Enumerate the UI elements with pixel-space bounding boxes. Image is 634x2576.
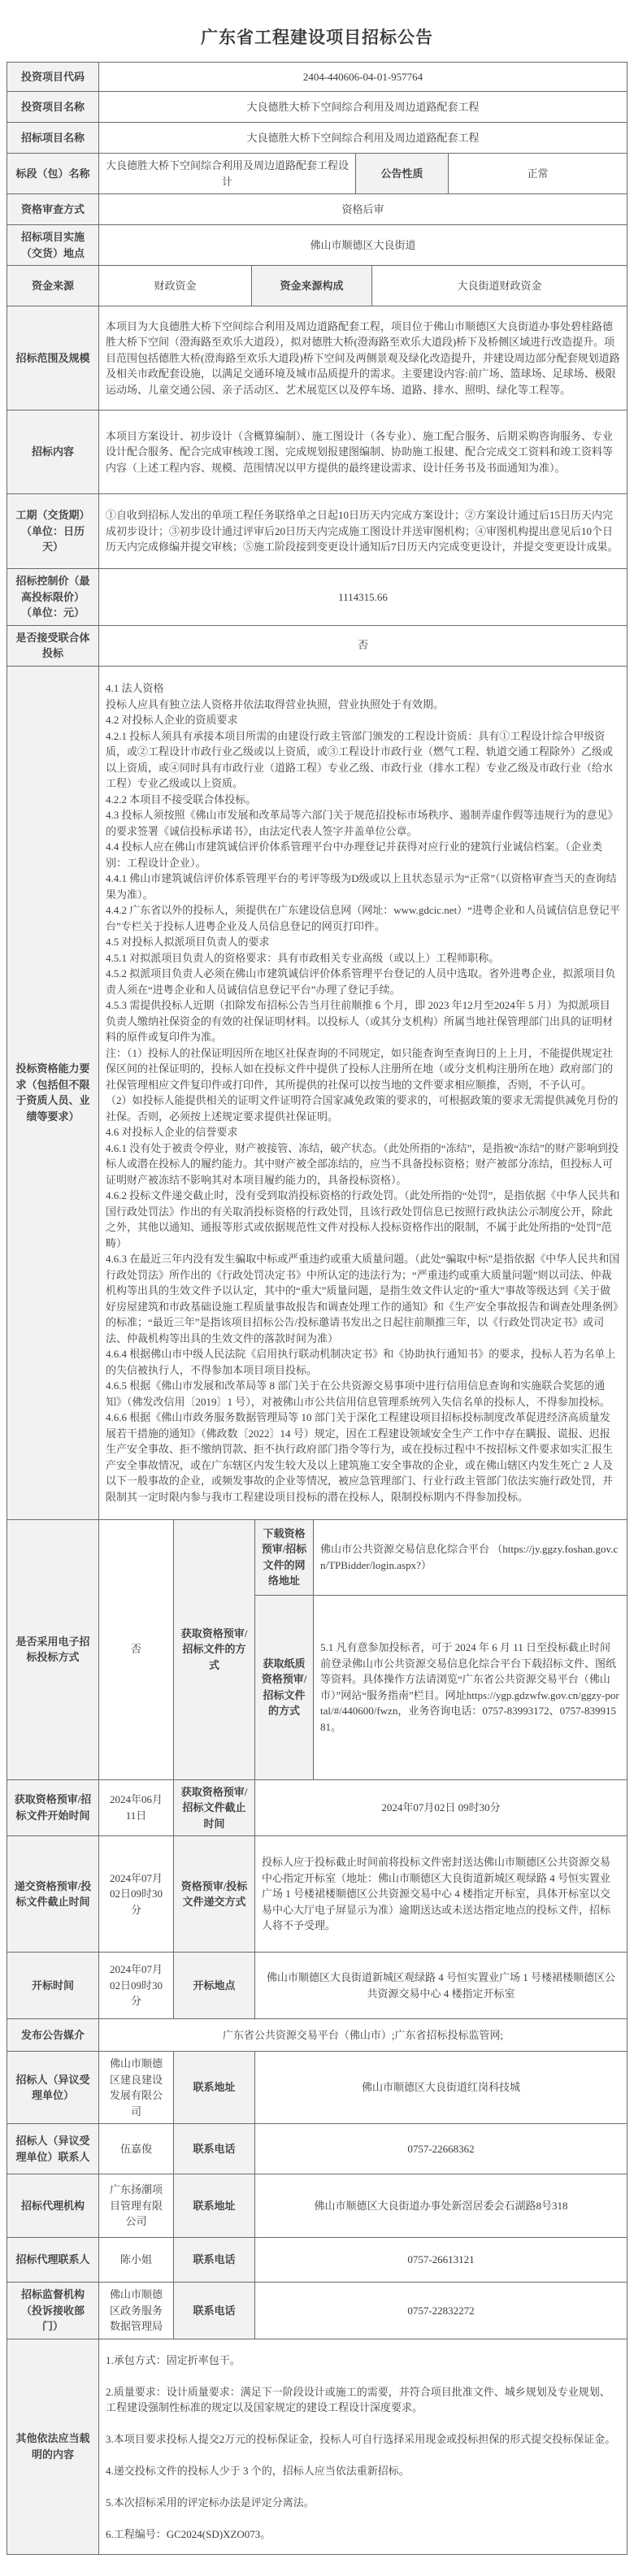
- project-code-value: 2404-440606-04-01-957764: [99, 63, 627, 92]
- download-address-value: 佛山市公共资源交易信息化综合平台 （https://jy.ggzy.foshan…: [314, 1520, 627, 1596]
- funding-comp-label: 资金来源构成: [252, 266, 372, 306]
- qualification-requirements-label: 投标资格能力要求（包括但不限于资质人员、业绩等要求）: [7, 667, 99, 1520]
- scope-value: 本项目为大良德胜大桥下空间综合利用及周边道路配套工程，项目位于佛山市顺德区大良街…: [99, 306, 627, 411]
- row-other-content: 其他依法应当载明的内容 1.承包方式：固定折率包干。 2.质量要求：设计质量要求…: [7, 2339, 627, 2555]
- duration-label: 工期（交货期）（单位：日历天）: [7, 494, 99, 569]
- tender-name-value: 大良德胜大桥下空间综合利用及周边道路配套工程: [99, 123, 627, 154]
- electronic-bidding-label: 是否采用电子招标投标方式: [7, 1520, 99, 1780]
- tender-announcement-table: 投资项目代码 2404-440606-04-01-957764 投资项目名称 大…: [7, 62, 627, 2555]
- row-bidder: 招标人（异议受理单位） 佛山市顺德区建良建设发展有限公司 联系地址 佛山市顺德区…: [7, 2052, 627, 2124]
- row-qualification-requirements: 投标资格能力要求（包括但不限于资质人员、业绩等要求） 4.1 法人资格 投标人应…: [7, 667, 627, 1520]
- project-code-label: 投资项目代码: [7, 63, 99, 92]
- media-value: 广东省公共资源交易平台（佛山市）;广东省招标投标监管网;: [99, 2019, 627, 2052]
- agency-phone-value: 0757-26613121: [255, 2238, 627, 2283]
- row-agency-contact: 招标代理联系人 陈小姐 联系电话 0757-26613121: [7, 2238, 627, 2283]
- get-documents-method-label: 获取资格预审/招标文件的方式: [174, 1520, 255, 1780]
- agency-phone-label: 联系电话: [174, 2238, 255, 2283]
- bid-opening-time-label: 开标时间: [7, 1953, 99, 2019]
- bidder-contact-value: 伍嘉俊: [99, 2124, 174, 2174]
- paper-documents-subrow: 获取纸质资格预审/招标文件的方式 5.1 凡有意参加投标者，可于 2024 年 …: [255, 1596, 627, 1779]
- row-content: 招标内容 本项目方案设计、初步设计（含概算编制）、施工图设计（各专业）、施工配合…: [7, 411, 627, 494]
- row-project-code: 投资项目代码 2404-440606-04-01-957764: [7, 63, 627, 92]
- bidder-address-value: 佛山市顺德区大良街道红岗科技城: [255, 2052, 627, 2124]
- tender-name-label: 招标项目名称: [7, 123, 99, 154]
- download-address-subrow: 下载资格预审/招标文件的网络地址 佛山市公共资源交易信息化综合平台 （https…: [255, 1520, 627, 1596]
- content-value: 本项目方案设计、初步设计（含概算编制）、施工图设计（各专业）、施工配合服务、后期…: [99, 411, 627, 494]
- invest-name-value: 大良德胜大桥下空间综合利用及周边道路配套工程: [99, 92, 627, 123]
- bidder-address-label: 联系地址: [174, 2052, 255, 2124]
- row-tender-name: 招标项目名称 大良德胜大桥下空间综合利用及周边道路配套工程: [7, 123, 627, 154]
- page-title: 广东省工程建设项目招标公告: [0, 0, 634, 62]
- row-funding: 资金来源 财政资金 资金来源构成 大良街道财政资金: [7, 266, 627, 306]
- funding-comp-value: 大良街道财政资金: [372, 266, 627, 306]
- notice-nature-value: 正常: [449, 154, 627, 194]
- row-duration: 工期（交货期）（单位：日历天） ①自收到招标人发出的单项工程任务联络单之日起10…: [7, 494, 627, 569]
- row-bid-opening: 开标时间 2024年07月02日09时30分 开标地点 佛山市顺德区大良街道新城…: [7, 1953, 627, 2019]
- row-qual-method: 资格审查方式 资格后审: [7, 194, 627, 225]
- bidder-phone-value: 0757-22668362: [255, 2124, 627, 2174]
- agency-value: 广东扬潮项目管理有限公司: [99, 2174, 174, 2238]
- row-agency: 招标代理机构 广东扬潮项目管理有限公司 联系地址 佛山市顺德区大良街道办事处新滘…: [7, 2174, 627, 2238]
- submit-deadline-label: 递交资格预审/投标文件截止时间: [7, 1836, 99, 1953]
- row-consortium: 是否接受联合体投标 否: [7, 626, 627, 667]
- duration-value: ①自收到招标人发出的单项工程任务联络单之日起10日历天内完成方案设计；②方案设计…: [99, 494, 627, 569]
- bid-opening-place-label: 开标地点: [174, 1953, 255, 2019]
- row-supervisor: 招标监督机构（投诉接收部门） 佛山市顺德区政务服务数据管理局 联系电话 0757…: [7, 2283, 627, 2339]
- row-electronic-bidding: 是否采用电子招标投标方式 否 获取资格预审/招标文件的方式 下载资格预审/招标文…: [7, 1520, 627, 1780]
- consortium-value: 否: [99, 626, 627, 667]
- bid-opening-place-value: 佛山市顺德区大良街道新城区观绿路 4 号恒实置业广场 1 号楼裙楼顺德区公共资源…: [255, 1953, 627, 2019]
- get-end-time-value: 2024年07月02日 09时30分: [255, 1780, 627, 1837]
- submit-method-label: 资格预审/投标文件递交方式: [174, 1836, 255, 1953]
- qualification-requirements-value: 4.1 法人资格 投标人应具有独立法人资格并依法取得营业执照，营业执照处于有效期…: [99, 667, 627, 1520]
- other-content-label: 其他依法应当载明的内容: [7, 2339, 99, 2555]
- bidder-label: 招标人（异议受理单位）: [7, 2052, 99, 2124]
- funding-label: 资金来源: [7, 266, 99, 306]
- row-section: 标段（包）名称 大良德胜大桥下空间综合利用及周边道路配套工程设计 公告性质 正常: [7, 154, 627, 194]
- row-location: 招标项目实施（交货）地点 佛山市顺德区大良街道: [7, 225, 627, 266]
- bid-opening-time-value: 2024年07月02日09时30分: [99, 1953, 174, 2019]
- qual-method-label: 资格审查方式: [7, 194, 99, 225]
- get-end-time-label: 获取资格预审/招标文件截止时间: [174, 1780, 255, 1837]
- row-get-time: 获取资格预审/招标文件开始时间 2024年06月11日 获取资格预审/招标文件截…: [7, 1780, 627, 1837]
- location-label: 招标项目实施（交货）地点: [7, 225, 99, 266]
- download-address-label: 下载资格预审/招标文件的网络地址: [255, 1520, 314, 1596]
- supervisor-label: 招标监督机构（投诉接收部门）: [7, 2283, 99, 2339]
- row-price-limit: 招标控制价（最高投标限价）（单位：元） 1114315.66: [7, 569, 627, 626]
- row-submit-deadline: 递交资格预审/投标文件截止时间 2024年07月02日09时30分 资格预审/投…: [7, 1836, 627, 1953]
- paper-documents-value: 5.1 凡有意参加投标者，可于 2024 年 6 月 11 日至投标截止时间前登…: [314, 1596, 627, 1779]
- consortium-label: 是否接受联合体投标: [7, 626, 99, 667]
- content-label: 招标内容: [7, 411, 99, 494]
- qual-method-value: 资格后审: [99, 194, 627, 225]
- supervisor-phone-value: 0757-22832272: [255, 2283, 627, 2339]
- invest-name-label: 投资项目名称: [7, 92, 99, 123]
- other-content-value: 1.承包方式：固定折率包干。 2.质量要求：设计质量要求：满足下一阶段设计或施工…: [99, 2339, 627, 2555]
- agency-contact-value: 陈小姐: [99, 2238, 174, 2283]
- bidder-value: 佛山市顺德区建良建设发展有限公司: [99, 2052, 174, 2124]
- agency-address-value: 佛山市顺德区大良街道办事处新滘居委会石湖路8号318: [255, 2174, 627, 2238]
- get-start-time-value: 2024年06月11日: [99, 1780, 174, 1837]
- paper-documents-label: 获取纸质资格预审/招标文件的方式: [255, 1596, 314, 1779]
- section-value: 大良德胜大桥下空间综合利用及周边道路配套工程设计: [99, 154, 356, 194]
- agency-contact-label: 招标代理联系人: [7, 2238, 99, 2283]
- supervisor-value: 佛山市顺德区政务服务数据管理局: [99, 2283, 174, 2339]
- section-label: 标段（包）名称: [7, 154, 99, 194]
- row-invest-name: 投资项目名称 大良德胜大桥下空间综合利用及周边道路配套工程: [7, 92, 627, 123]
- row-bidder-contact: 招标人（异议受理单位）联系人 伍嘉俊 联系电话 0757-22668362: [7, 2124, 627, 2174]
- media-label: 发布公告媒介: [7, 2019, 99, 2052]
- notice-nature-label: 公告性质: [356, 154, 449, 194]
- row-media: 发布公告媒介 广东省公共资源交易平台（佛山市）;广东省招标投标监管网;: [7, 2019, 627, 2052]
- supervisor-phone-label: 联系电话: [174, 2283, 255, 2339]
- price-limit-value: 1114315.66: [99, 569, 627, 626]
- row-scope: 招标范围及规模 本项目为大良德胜大桥下空间综合利用及周边道路配套工程，项目位于佛…: [7, 306, 627, 411]
- agency-address-label: 联系地址: [174, 2174, 255, 2238]
- location-value: 佛山市顺德区大良街道: [99, 225, 627, 266]
- submit-method-value: 投标人应于投标截止时间前将投标文件密封送达佛山市顺德区公共资源交易中心指定开标室…: [255, 1836, 627, 1953]
- bidder-phone-label: 联系电话: [174, 2124, 255, 2174]
- electronic-bidding-value: 否: [99, 1520, 174, 1780]
- agency-label: 招标代理机构: [7, 2174, 99, 2238]
- bidder-contact-label: 招标人（异议受理单位）联系人: [7, 2124, 99, 2174]
- submit-deadline-value: 2024年07月02日09时30分: [99, 1836, 174, 1953]
- price-limit-label: 招标控制价（最高投标限价）（单位：元）: [7, 569, 99, 626]
- scope-label: 招标范围及规模: [7, 306, 99, 411]
- get-documents-method-cell: 下载资格预审/招标文件的网络地址 佛山市公共资源交易信息化综合平台 （https…: [255, 1520, 627, 1780]
- funding-value: 财政资金: [99, 266, 252, 306]
- get-start-time-label: 获取资格预审/招标文件开始时间: [7, 1780, 99, 1837]
